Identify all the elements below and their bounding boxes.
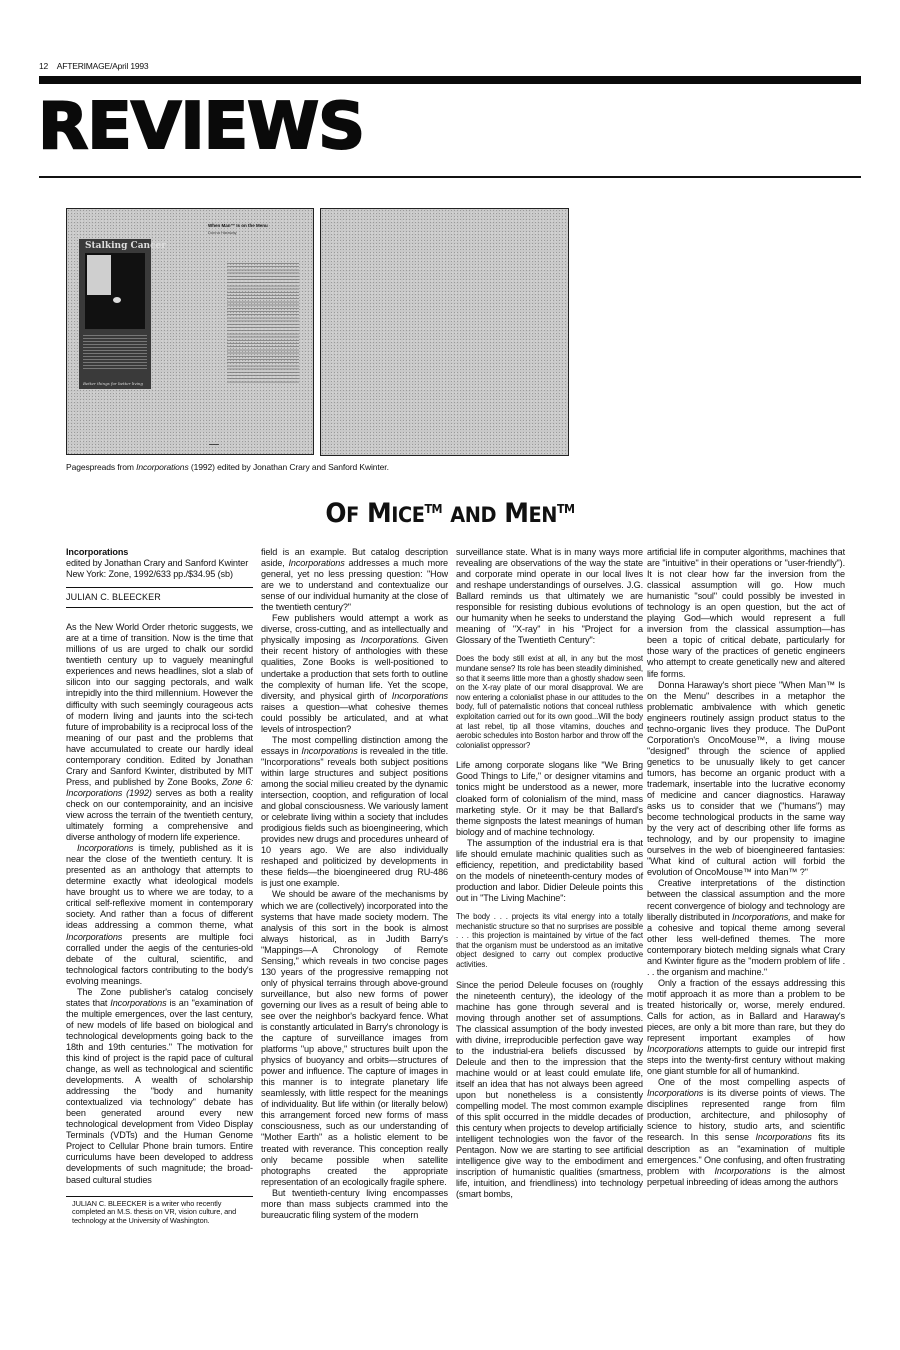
paragraph: surveillance state. What is in many ways…: [456, 547, 643, 646]
publication-date: AFTERIMAGE/April 1993: [57, 61, 149, 71]
cover-photo: [85, 253, 145, 329]
paragraph: Creative interpretations of the distinct…: [647, 878, 845, 977]
essay-text: [227, 263, 299, 383]
paragraph: The most compelling distinction among th…: [261, 735, 448, 890]
page-number: 12: [39, 61, 48, 71]
book-cover-image: Stalking Cancer Better things for better…: [79, 239, 151, 389]
pagespread-image-left: Stalking Cancer Better things for better…: [66, 208, 314, 455]
paragraph: We should be aware of the mechanisms by …: [261, 889, 448, 1187]
trademark-mark: TM: [557, 502, 575, 516]
divider: [66, 607, 253, 608]
running-head: 12 AFTERIMAGE/April 1993: [39, 61, 148, 71]
top-rule: [39, 76, 861, 84]
divider: [66, 587, 253, 588]
headline-word: AND: [450, 503, 496, 527]
headline-word: M: [367, 498, 391, 529]
divider: [66, 1196, 253, 1197]
paragraph: But twentieth-century living encompasses…: [261, 1188, 448, 1221]
caption-text-end: (1992) edited by Jonathan Crary and Sanf…: [189, 462, 389, 472]
article-column-4: artificial life in computer algorithms, …: [647, 547, 845, 1188]
paragraph: Few publishers would attempt a work as d…: [261, 613, 448, 735]
reviewer-byline: JULIAN C. BLEECKER: [66, 592, 253, 603]
pagespread-image-right-full: [320, 208, 845, 454]
caption-text: Pagespreads from: [66, 462, 136, 472]
cover-text-block: [83, 335, 147, 369]
section-rule: [39, 176, 861, 178]
essay-author: Donna Haraway: [208, 230, 237, 235]
paragraph: Donna Haraway's short piece "When Man™ I…: [647, 680, 845, 879]
paragraph: One of the most compelling aspects of In…: [647, 1077, 845, 1187]
book-publisher: New York: Zone, 1992/633 pp./$34.95 (sb): [66, 569, 253, 580]
paragraph: Only a fraction of the essays addressing…: [647, 978, 845, 1077]
article-column-2: field is an example. But catalog descrip…: [261, 547, 448, 1221]
mouse-figure: [113, 297, 121, 303]
cover-photo-window: [87, 255, 111, 295]
paragraph: field is an example. But catalog descrip…: [261, 547, 448, 613]
paragraph: The assumption of the industrial era is …: [456, 838, 643, 904]
book-title: Incorporations: [66, 547, 253, 558]
paragraph: Since the period Deleule focuses on (rou…: [456, 980, 643, 1201]
section-title: REVIEWS: [38, 95, 364, 159]
cover-title: Stalking Cancer: [85, 241, 166, 251]
cover-footer: Better things for better living: [83, 381, 143, 386]
headline-word: EN: [529, 503, 557, 527]
paragraph: Incorporations is timely, published as i…: [66, 843, 253, 987]
paragraph: The Zone publisher's catalog concisely s…: [66, 987, 253, 1186]
article-column-3: surveillance state. What is in many ways…: [456, 547, 643, 1200]
article-headline: OF MICETM AND MENTM: [36, 498, 864, 529]
author-bio: JULIAN C. BLEECKER is a writer who recen…: [66, 1200, 253, 1227]
headline-word: F: [346, 503, 359, 527]
paragraph: artificial life in computer algorithms, …: [647, 547, 845, 680]
paragraph: As the New World Order rhetoric suggests…: [66, 622, 253, 843]
figure-caption: Pagespreads from Incorporations (1992) e…: [66, 462, 389, 472]
trademark-mark: TM: [424, 502, 442, 516]
caption-book-title: Incorporations: [136, 462, 188, 472]
essay-heading: When Man™ Is on the Menu: [208, 223, 268, 228]
book-editors: edited by Jonathan Crary and Sanford Kwi…: [66, 558, 253, 569]
headline-word: M: [504, 498, 528, 529]
headline-word: O: [325, 498, 346, 529]
paragraph: Life among corporate slogans like "We Br…: [456, 760, 643, 837]
article-column-1: Incorporations edited by Jonathan Crary …: [66, 547, 253, 1226]
block-quote: The body . . . projects its vital energy…: [456, 912, 643, 970]
block-quote: Does the body still exist at all, in any…: [456, 654, 643, 750]
folio: [209, 444, 219, 445]
headline-word: ICE: [391, 503, 424, 527]
